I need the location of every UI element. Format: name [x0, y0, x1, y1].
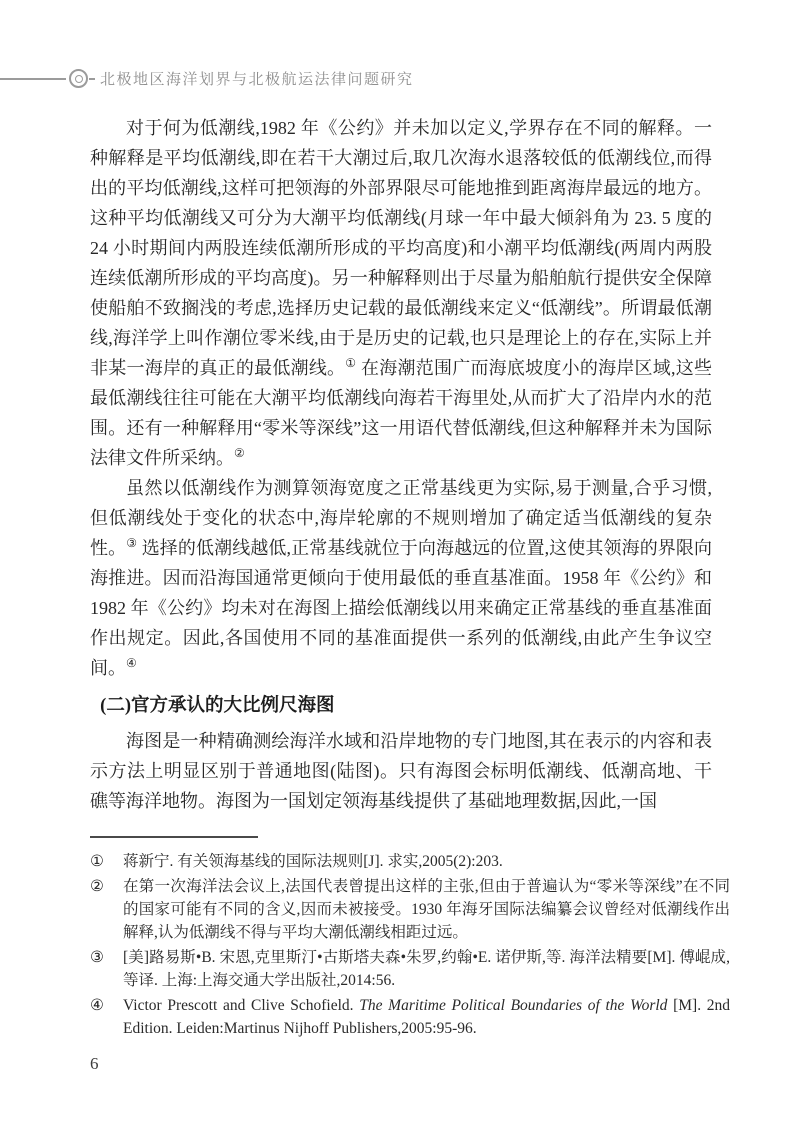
- footnote-item: ④Victor Prescott and Clive Schofield. Th…: [90, 994, 730, 1040]
- text-run: [美]路易斯•B. 宋恩,克里斯汀•古斯塔夫森•朱罗,约翰•E. 诺伊斯,等. …: [123, 949, 730, 989]
- footnote-ref-superscript: ④: [126, 656, 137, 670]
- footnote-ref-superscript: ③: [126, 536, 137, 550]
- footnote-text: [美]路易斯•B. 宋恩,克里斯汀•古斯塔夫森•朱罗,约翰•E. 诺伊斯,等. …: [123, 946, 730, 992]
- footnote-marker: ④: [90, 994, 123, 1040]
- section-heading: (二)官方承认的大比例尺海图: [90, 691, 712, 721]
- text-run: Victor Prescott and Clive Schofield.: [123, 997, 359, 1014]
- text-run: 海图是一种精确测绘海洋水域和沿岸地物的专门地图,其在表示的内容和表示方法上明显区…: [90, 731, 712, 811]
- footnote-ref-superscript: ①: [345, 356, 356, 370]
- footnote-ref-superscript: ②: [234, 446, 245, 460]
- footnotes-section: ①蒋新宁. 有关领海基线的国际法规则[J]. 求实,2005(2):203.②在…: [90, 850, 730, 1042]
- page-number: 6: [90, 1054, 99, 1074]
- footnote-text: 在第一次海洋法会议上,法国代表曾提出这样的主张,但由于普遍认为“零米等深线”在不…: [123, 875, 730, 944]
- text-run: 对于何为低潮线,1982 年《公约》并未加以定义,学界存在不同的解释。一种解释是…: [90, 118, 712, 378]
- text-run: 在第一次海洋法会议上,法国代表曾提出这样的主张,但由于普遍认为“零米等深线”在不…: [123, 878, 730, 941]
- body-paragraph: 海图是一种精确测绘海洋水域和沿岸地物的专门地图,其在表示的内容和表示方法上明显区…: [90, 726, 712, 816]
- book-page: 北极地区海洋划界与北极航运法律问题研究 对于何为低潮线,1982 年《公约》并未…: [0, 0, 799, 1129]
- header-circle-inner-icon: [75, 75, 83, 83]
- text-run: 蒋新宁. 有关领海基线的国际法规则[J]. 求实,2005(2):203.: [123, 853, 503, 870]
- running-header: 北极地区海洋划界与北极航运法律问题研究: [0, 66, 799, 94]
- italic-text: The Maritime Political Boundaries of the…: [359, 997, 667, 1014]
- footnote-text: Victor Prescott and Clive Schofield. The…: [123, 994, 730, 1040]
- footnote-item: ①蒋新宁. 有关领海基线的国际法规则[J]. 求实,2005(2):203.: [90, 850, 730, 873]
- footnote-marker: ②: [90, 875, 123, 944]
- footnote-item: ②在第一次海洋法会议上,法国代表曾提出这样的主张,但由于普遍认为“零米等深线”在…: [90, 875, 730, 944]
- body-blocks: 对于何为低潮线,1982 年《公约》并未加以定义,学界存在不同的解释。一种解释是…: [90, 113, 712, 816]
- body-paragraph: 对于何为低潮线,1982 年《公约》并未加以定义,学界存在不同的解释。一种解释是…: [90, 113, 712, 473]
- footnote-marker: ③: [90, 946, 123, 992]
- header-circle-ornament-icon: [69, 69, 88, 88]
- header-rule-line: [0, 78, 66, 80]
- footnote-item: ③[美]路易斯•B. 宋恩,克里斯汀•古斯塔夫森•朱罗,约翰•E. 诺伊斯,等.…: [90, 946, 730, 992]
- footnote-text: 蒋新宁. 有关领海基线的国际法规则[J]. 求实,2005(2):203.: [123, 850, 730, 873]
- body-paragraph: 虽然以低潮线作为测算领海宽度之正常基线更为实际,易于测量,合乎习惯,但低潮线处于…: [90, 473, 712, 683]
- header-dash-line: [89, 78, 95, 80]
- text-run: 选择的低潮线越低,正常基线就位于向海越远的位置,这使其领海的界限向海推进。因而沿…: [90, 538, 712, 678]
- footnote-marker: ①: [90, 850, 123, 873]
- footnote-divider-line: [90, 836, 258, 838]
- running-header-title: 北极地区海洋划界与北极航运法律问题研究: [100, 68, 414, 89]
